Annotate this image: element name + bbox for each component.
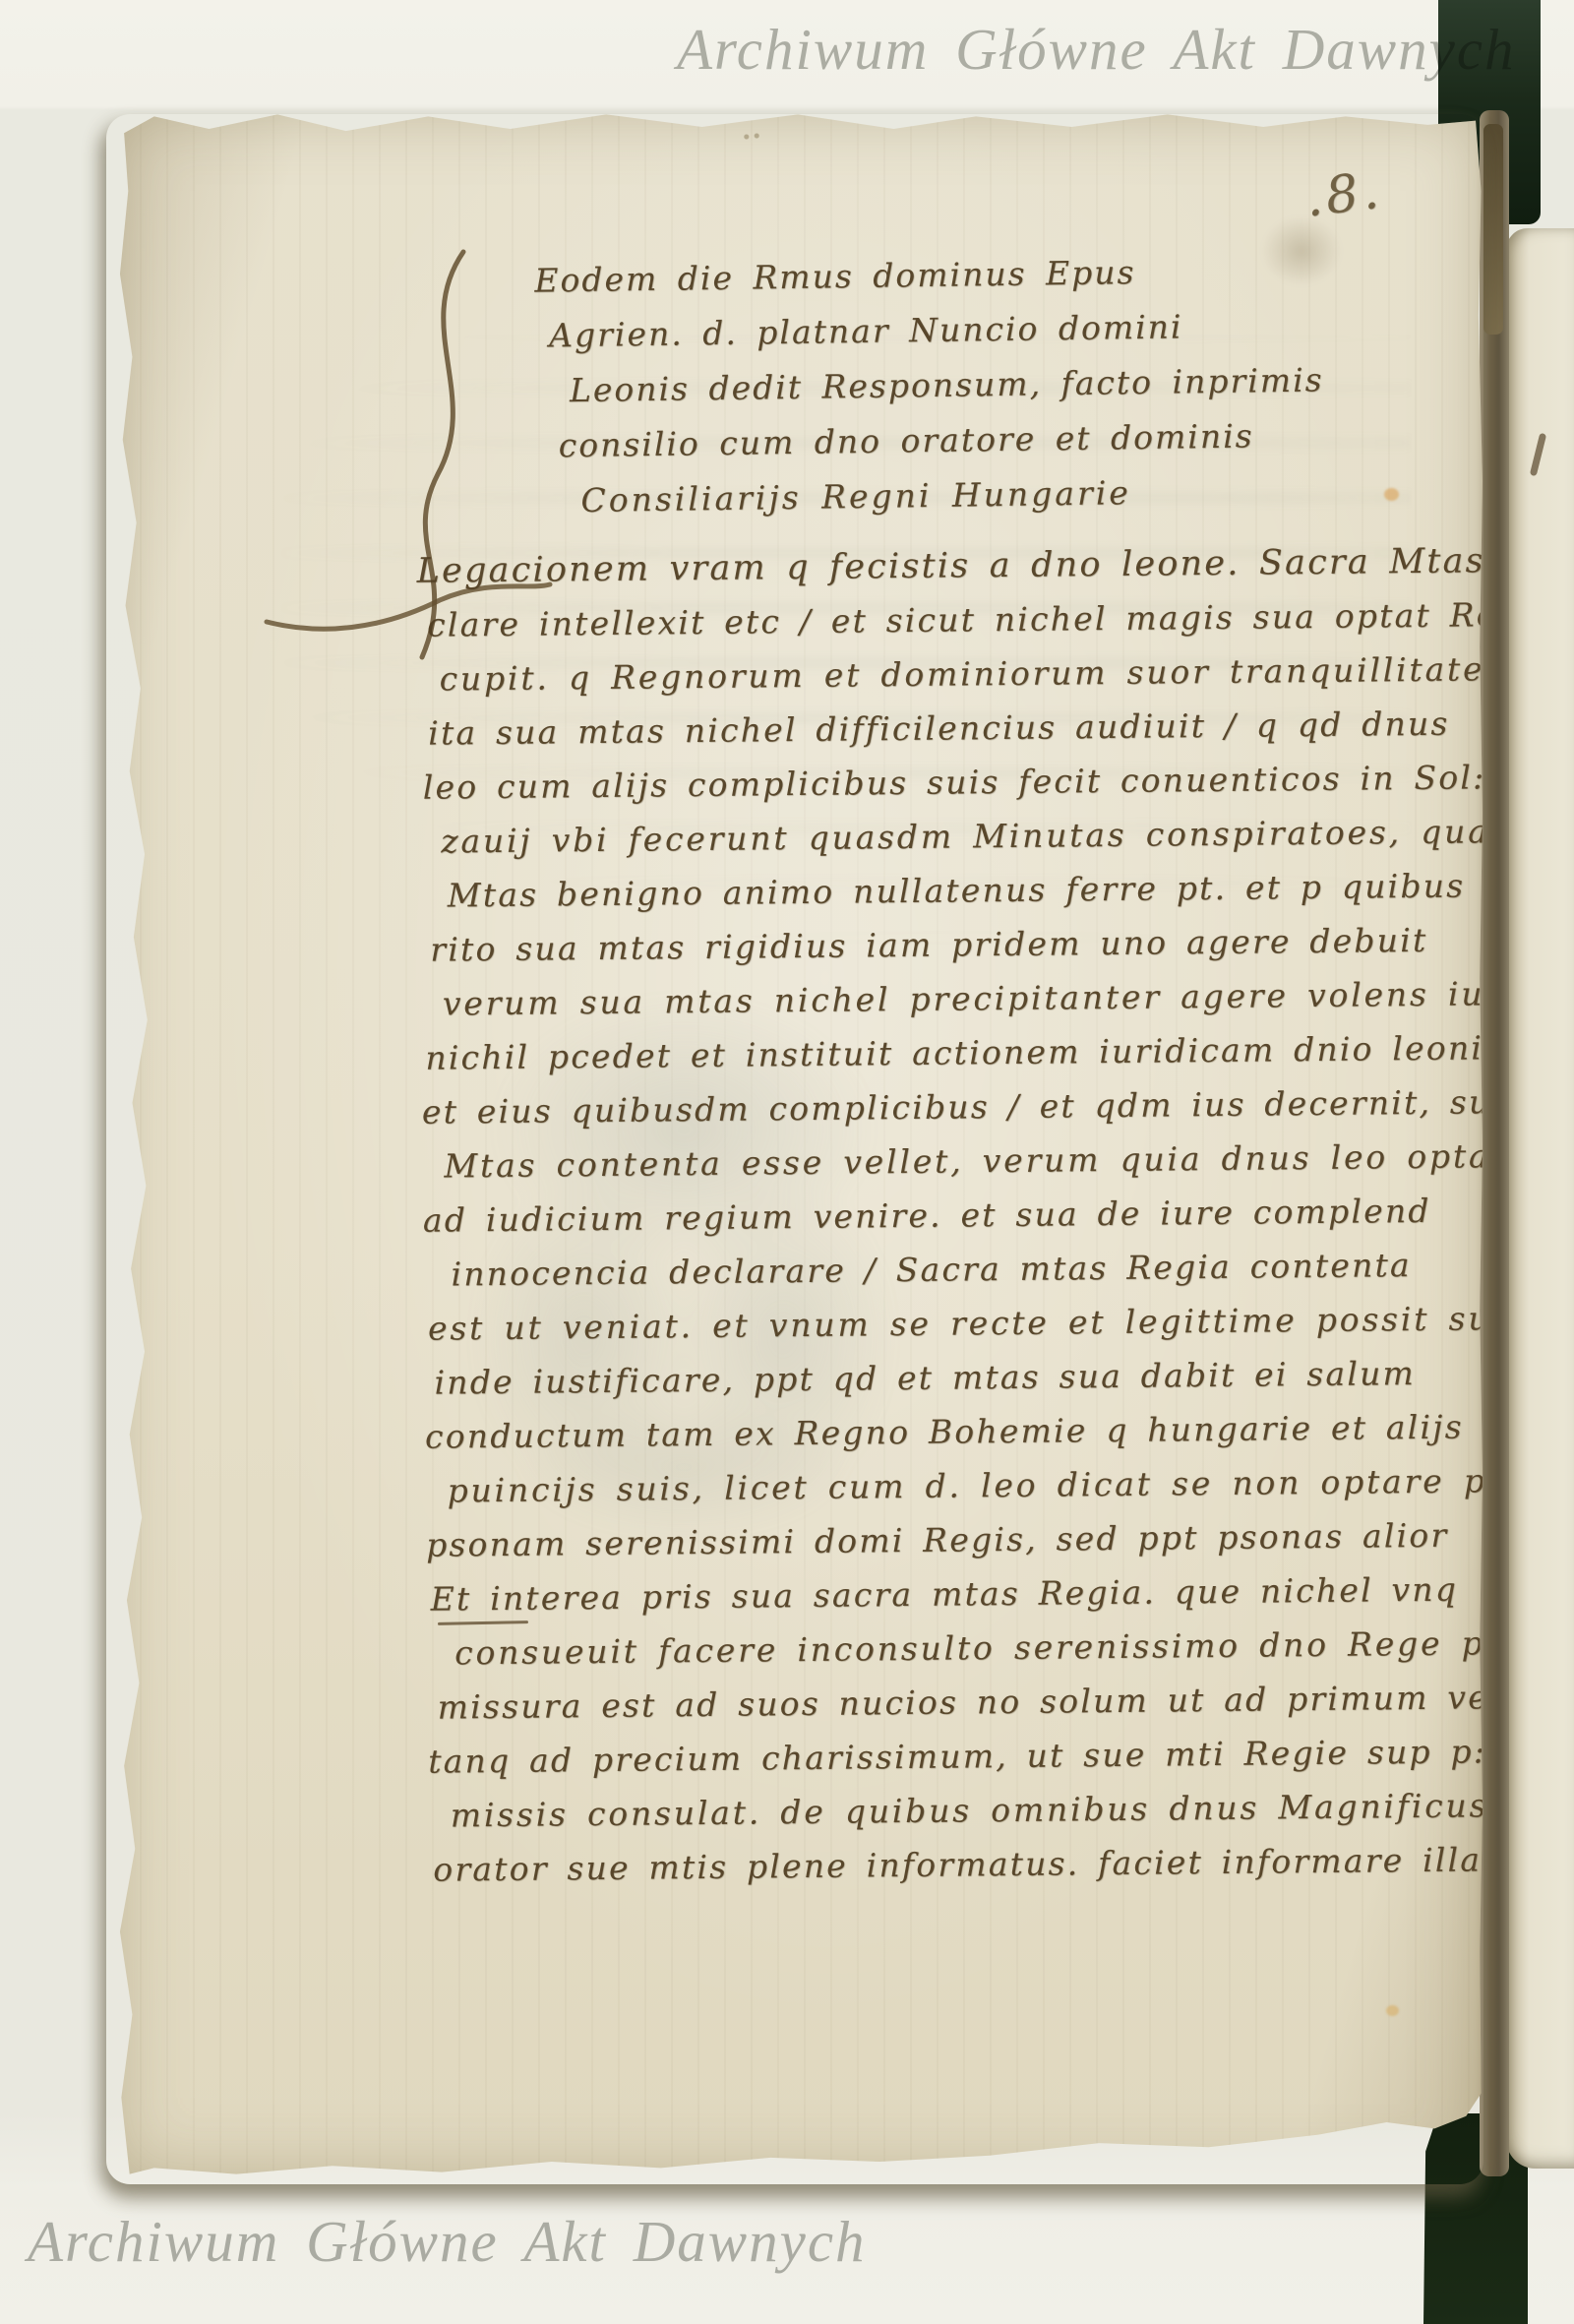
bookmark-ribbon [1483, 124, 1503, 335]
body-block: Legacionem vram q fecistis a dno leone. … [416, 540, 1574, 1904]
ink-fleck [739, 132, 764, 142]
stain-spot [1384, 488, 1399, 501]
next-page-edge [1506, 228, 1574, 2169]
page-gutter [1480, 110, 1509, 2176]
manuscript-line: orator sue mtis plene informatus. faciet… [433, 1839, 1574, 1904]
scan-background: { "archive_watermark": { "text": "Archiw… [0, 0, 1574, 2324]
archive-watermark-top: Archiwum Główne Akt Dawnych [677, 16, 1516, 84]
manuscript-page: .8. Eodem die Rmus dominus Epus Agrien. … [113, 108, 1483, 2180]
manuscript-line: Consiliarijs Regni Hungarie [580, 470, 1325, 536]
archive-watermark-bottom: Archiwum Główne Akt Dawnych [28, 2208, 867, 2276]
stain-spot [1386, 2005, 1399, 2016]
folio-number: .8. [1302, 160, 1386, 228]
heading-block: Eodem die Rmus dominus Epus Agrien. d. p… [534, 250, 1326, 536]
